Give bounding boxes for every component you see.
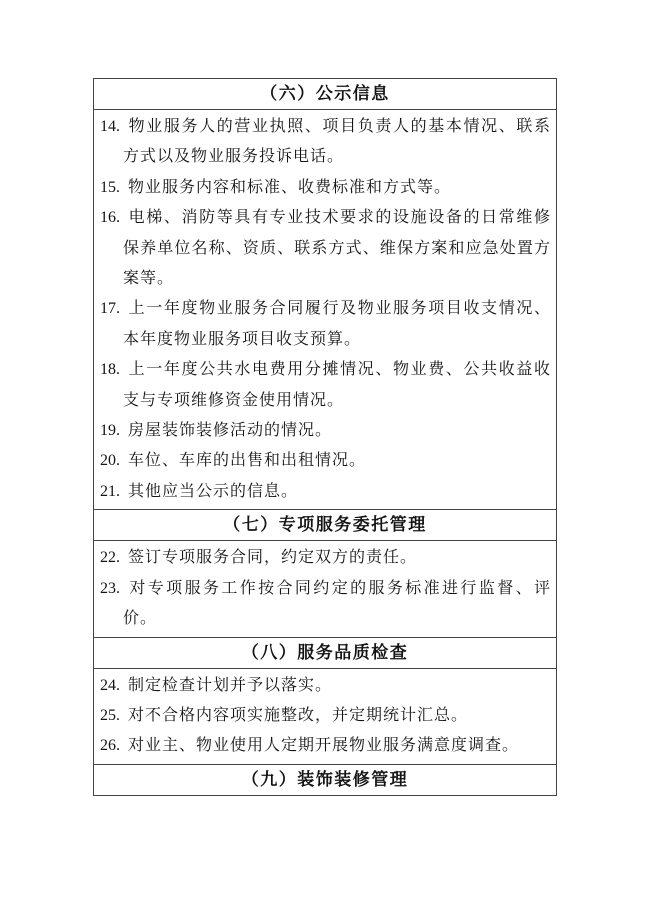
section-items-cell: 22.签订专项服务合同，约定双方的责任。23.对专项服务工作按合同约定的服务标准… xyxy=(94,541,557,637)
document-page: （六）公示信息14.物业服务人的营业执照、项目负责人的基本情况、联系方式以及物业… xyxy=(0,0,650,919)
list-item: 23.对专项服务工作按合同约定的服务标准进行监督、评价。 xyxy=(100,574,551,635)
list-item-text: 房屋装饰装修活动的情况。 xyxy=(128,422,332,439)
section-items-row: 24.制定检查计划并予以落实。25.对不合格内容项实施整改，并定期统计汇总。26… xyxy=(94,668,557,764)
list-item-text: 上一年度公共水电费用分摊情况、物业费、公共收益收支与专项维修资金使用情况。 xyxy=(123,361,551,408)
section-header: （八）服务品质检查 xyxy=(94,637,557,668)
section-header: （七）专项服务委托管理 xyxy=(94,510,557,541)
list-item-text: 其他应当公示的信息。 xyxy=(128,483,298,500)
list-item-text: 物业服务内容和标准、收费标准和方式等。 xyxy=(128,179,451,196)
list-item-text: 对业主、物业使用人定期开展物业服务满意度调查。 xyxy=(128,737,519,754)
list-item: 19.房屋装饰装修活动的情况。 xyxy=(100,416,551,446)
list-item-number: 17. xyxy=(100,294,128,324)
list-item: 20.车位、车库的出售和出租情况。 xyxy=(100,446,551,476)
section-header-row: （六）公示信息 xyxy=(94,79,557,110)
list-item-number: 21. xyxy=(100,477,128,507)
list-item: 25.对不合格内容项实施整改，并定期统计汇总。 xyxy=(100,701,551,731)
section-items-row: 14.物业服务人的营业执照、项目负责人的基本情况、联系方式以及物业服务投诉电话。… xyxy=(94,110,557,510)
list-item-number: 24. xyxy=(100,671,128,701)
service-checklist-table-body: （六）公示信息14.物业服务人的营业执照、项目负责人的基本情况、联系方式以及物业… xyxy=(94,79,557,796)
section-header: （六）公示信息 xyxy=(94,79,557,110)
list-item-number: 18. xyxy=(100,355,128,385)
list-item-text: 制定检查计划并予以落实。 xyxy=(128,677,332,694)
section-header: （九）装饰装修管理 xyxy=(94,764,557,795)
list-item-number: 23. xyxy=(100,574,128,604)
list-item-number: 20. xyxy=(100,446,128,476)
list-item: 15.物业服务内容和标准、收费标准和方式等。 xyxy=(100,173,551,203)
list-item-text: 对专项服务工作按合同约定的服务标准进行监督、评价。 xyxy=(123,580,551,627)
list-item: 18.上一年度公共水电费用分摊情况、物业费、公共收益收支与专项维修资金使用情况。 xyxy=(100,355,551,416)
list-item: 26.对业主、物业使用人定期开展物业服务满意度调查。 xyxy=(100,731,551,761)
section-items-cell: 24.制定检查计划并予以落实。25.对不合格内容项实施整改，并定期统计汇总。26… xyxy=(94,668,557,764)
list-item-text: 电梯、消防等具有专业技术要求的设施设备的日常维修保养单位名称、资质、联系方式、维… xyxy=(123,209,551,287)
section-header-row: （九）装饰装修管理 xyxy=(94,764,557,795)
list-item: 21.其他应当公示的信息。 xyxy=(100,477,551,507)
list-item-text: 签订专项服务合同，约定双方的责任。 xyxy=(128,549,417,566)
list-item: 14.物业服务人的营业执照、项目负责人的基本情况、联系方式以及物业服务投诉电话。 xyxy=(100,112,551,173)
list-item-number: 22. xyxy=(100,543,128,573)
list-item-text: 上一年度物业服务合同履行及物业服务项目收支情况、本年度物业服务项目收支预算。 xyxy=(123,300,551,347)
section-items-row: 22.签订专项服务合同，约定双方的责任。23.对专项服务工作按合同约定的服务标准… xyxy=(94,541,557,637)
list-item-number: 26. xyxy=(100,731,128,761)
list-item-text: 物业服务人的营业执照、项目负责人的基本情况、联系方式以及物业服务投诉电话。 xyxy=(123,118,551,165)
list-item-number: 19. xyxy=(100,416,128,446)
service-checklist-table: （六）公示信息14.物业服务人的营业执照、项目负责人的基本情况、联系方式以及物业… xyxy=(93,78,557,796)
list-item-number: 14. xyxy=(100,112,128,142)
list-item: 16.电梯、消防等具有专业技术要求的设施设备的日常维修保养单位名称、资质、联系方… xyxy=(100,203,551,294)
list-item-number: 16. xyxy=(100,203,128,233)
list-item-text: 车位、车库的出售和出租情况。 xyxy=(128,452,366,469)
list-item-text: 对不合格内容项实施整改，并定期统计汇总。 xyxy=(128,707,468,724)
section-header-row: （八）服务品质检查 xyxy=(94,637,557,668)
list-item: 17.上一年度物业服务合同履行及物业服务项目收支情况、本年度物业服务项目收支预算… xyxy=(100,294,551,355)
section-items-cell: 14.物业服务人的营业执照、项目负责人的基本情况、联系方式以及物业服务投诉电话。… xyxy=(94,110,557,510)
section-header-row: （七）专项服务委托管理 xyxy=(94,510,557,541)
list-item: 22.签订专项服务合同，约定双方的责任。 xyxy=(100,543,551,573)
list-item-number: 25. xyxy=(100,701,128,731)
list-item: 24.制定检查计划并予以落实。 xyxy=(100,671,551,701)
list-item-number: 15. xyxy=(100,173,128,203)
